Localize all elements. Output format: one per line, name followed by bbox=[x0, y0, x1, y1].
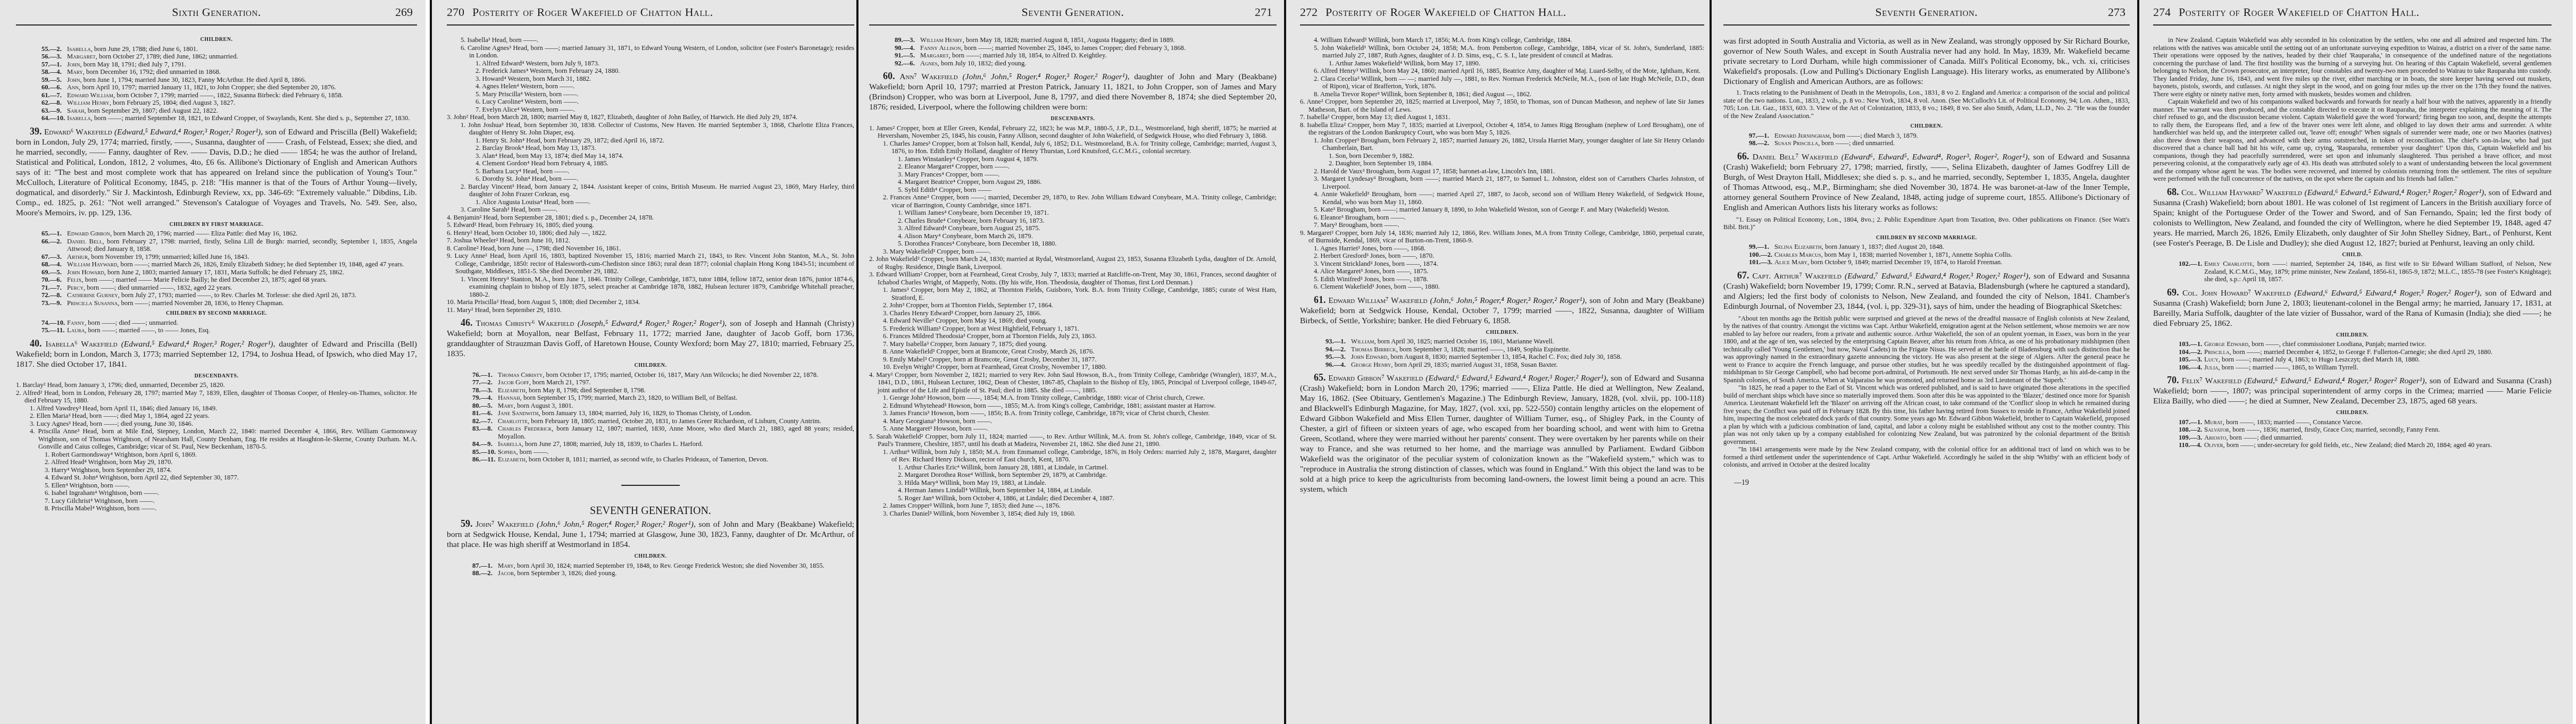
quotation: in New Zealand. Captain Wakefield was ab… bbox=[2153, 36, 2552, 183]
child-number: 85.—10. bbox=[472, 448, 498, 456]
entry-number: 39. bbox=[30, 126, 42, 137]
page-number: 270 bbox=[447, 5, 464, 19]
child-text: Percy, born ——; died unmarried ——, 1832,… bbox=[67, 284, 417, 292]
child-item: 91.—5.Margaret, born ——; married July 18… bbox=[869, 52, 1277, 60]
entry-name: Edward Gibbon⁷ Wakefield bbox=[1328, 374, 1423, 383]
child-name: Hannah bbox=[498, 394, 520, 401]
child-item: 56.—3.Margaret, born October 27, 1789; d… bbox=[16, 53, 417, 61]
child-text: Ariosto, born ——; died unmarried. bbox=[2204, 434, 2552, 442]
child-item: 108.—2.Salvator, born ——, 1836; married,… bbox=[2153, 426, 2552, 434]
page-gap bbox=[426, 0, 430, 724]
entry-name: Col. William Hayward⁷ Wakefield bbox=[2181, 188, 2302, 197]
signature-mark: —19 bbox=[1723, 479, 2130, 487]
child-number: 69.—5. bbox=[41, 268, 67, 276]
child-item: 62.—8.William Henry, born February 25, 1… bbox=[16, 99, 417, 107]
child-number: 76.—1. bbox=[472, 371, 498, 379]
descendant-item: 1. William James⁴ Conybeare, born Decemb… bbox=[869, 209, 1277, 217]
descendant-item: 8. Amelia Trevor Roper³ Willink, born Se… bbox=[1300, 90, 1704, 98]
descendant-item: 2. Daughter, born September 19, 1884. bbox=[1300, 159, 1704, 167]
child-item: 65.—1.Edward Gibbon, born March 20, 1796… bbox=[16, 230, 417, 238]
quote-paragraph: in New Zealand. Captain Wakefield was ab… bbox=[2153, 36, 2552, 98]
child-name: Mary bbox=[67, 68, 83, 75]
descendant-item: 4. Margaret Beatrice⁴ Cropper, born Augu… bbox=[869, 178, 1277, 186]
children-list: 103.—1.George Edward, born ——, chief com… bbox=[2153, 340, 2552, 371]
descendant-item: 9. Emily Mabel³ Cropper, born at Bramcot… bbox=[869, 356, 1277, 364]
child-text: Arthur, born November 19, 1799; unmarrie… bbox=[67, 253, 417, 261]
descendant-item: 1. Alice Augusta Louisa⁴ Head, born ——. bbox=[447, 198, 854, 206]
descendant-item: 2. Frances Anne³ Cropper, born ——; marri… bbox=[869, 193, 1277, 209]
child-number: 73.—9. bbox=[41, 299, 67, 307]
descendant-item: 3. Mary Frances⁴ Cropper, born ——. bbox=[869, 171, 1277, 179]
quote-paragraph: "In 1825, he read a paper to the Earl of… bbox=[1723, 384, 2130, 445]
child-item: 57.—1.John, born May 18, 1791; died July… bbox=[16, 61, 417, 69]
child-number: 67.—3. bbox=[41, 253, 67, 261]
children-list: 97.—1.Edward Jerningham, born ——; died M… bbox=[1723, 132, 2130, 147]
child-text: John Howard, born June 2, 1803; married … bbox=[67, 268, 417, 276]
child-text: Fanny, born ——; died ——; unmarried. bbox=[67, 319, 417, 327]
running-title: Posterity of Roger Wakefield of Chatton … bbox=[2179, 5, 2420, 19]
child-name: Mary bbox=[498, 402, 514, 409]
child-number: 93.—1. bbox=[1325, 338, 1351, 346]
descendant-item: 1. Son, born December 9, 1882. bbox=[1300, 152, 1704, 160]
child-name: Arthur bbox=[67, 253, 88, 260]
child-number: 86.—11. bbox=[472, 456, 498, 464]
child-name: George Henry bbox=[1351, 361, 1391, 368]
entry-lineage: (Edward,⁶ Edward,⁵ Edward,⁴ Roger,³ Roge… bbox=[2294, 289, 2480, 298]
child-text: William Hayward, born ——; married March … bbox=[67, 260, 417, 268]
descendant-item: 6. Dorothy St. John⁴ Head, born ——. bbox=[447, 175, 854, 183]
section-heading: CHILDREN. bbox=[2153, 332, 2552, 340]
child-number: 80.—5. bbox=[472, 402, 498, 410]
descendant-item: 3. Howard⁴ Western, born March 31, 1882. bbox=[447, 75, 854, 83]
child-number: 106.—4. bbox=[2179, 364, 2204, 372]
entry-name: Isabella⁶ Wakefield bbox=[46, 340, 118, 349]
child-text: Mary, born April 30, 1824; married Septe… bbox=[498, 562, 854, 570]
child-name: George Edward bbox=[2204, 340, 2248, 348]
descendant-item: 7. Lucy Gilchrist⁴ Wrightson, born ——. bbox=[16, 497, 417, 505]
section-heading: CHILDREN. bbox=[1723, 123, 2130, 131]
child-item: 81.—6.Jane Sandwith, born January 13, 18… bbox=[447, 409, 854, 417]
child-number: 84.—9. bbox=[472, 440, 498, 448]
entry-60: 60. Ann⁷ Wakefield (John,⁶ John,⁵ Roger,… bbox=[869, 71, 1277, 112]
child-name: Priscilla Susanna bbox=[67, 299, 118, 307]
descendant-item: 7. Mary Isabella³ Cropper, born January … bbox=[869, 340, 1277, 348]
descendant-item: 5. Sarah Wakefield² Cropper, born July 1… bbox=[869, 433, 1277, 448]
descendant-item: 6. Henry² Head, born October 10, 1806; d… bbox=[447, 229, 854, 237]
page-header: Sixth Generation. 269 bbox=[16, 0, 417, 28]
descendant-item: 2. Barclay Vincent³ Head, born January 2… bbox=[447, 183, 854, 198]
child-item: 70.—6.Felix, born ——; married —— Marie F… bbox=[16, 276, 417, 284]
child-number: 61.—7. bbox=[41, 91, 67, 99]
child-item: 88.—2.Jacob, born September 3, 1826; die… bbox=[447, 569, 854, 577]
child-number: 109.—3. bbox=[2179, 434, 2204, 442]
descendant-item: 2. Edmund Whytehead³ Howson, born ——, 18… bbox=[869, 402, 1277, 410]
entry-lineage: (Edward,⁷ Edward,⁵ Edward,⁴ Roger,³ Roge… bbox=[1845, 272, 2029, 281]
book-spread: Sixth Generation. 269 CHILDREN. 55.—2.Is… bbox=[0, 0, 2576, 724]
child-number: 64.—10. bbox=[41, 114, 67, 122]
descendant-item: 1. Charles James³ Cropper, born at Tolso… bbox=[869, 140, 1277, 155]
child-name: Selina Elizabeth bbox=[1774, 243, 1822, 250]
descendant-item: 2. Alfred Head⁴ Wrightson, born May 29, … bbox=[16, 458, 417, 466]
page-271: Seventh Generation. 271 89.—3.William He… bbox=[858, 0, 1284, 724]
children-list: 99.—1.Selina Elizabeth, born January 1, … bbox=[1723, 243, 2130, 266]
descendant-item: 1. Barclay² Head, born January 3, 1796; … bbox=[16, 381, 417, 389]
descendant-item: 4. Mary² Cropper, born November 2, 1821;… bbox=[869, 371, 1277, 394]
entry-67: 67. Capt. Arthur⁷ Wakefield (Edward,⁷ Ed… bbox=[1723, 271, 2130, 312]
child-name: Emily Charlotte bbox=[2204, 260, 2253, 267]
child-text: Salvator, born ——, 1836; married, firstl… bbox=[2204, 426, 2552, 434]
descendant-item: 1. Alfred Edward⁴ Western, born July 9, … bbox=[447, 60, 854, 68]
descendant-item: 6. Frances Mildred Theodosia³ Cropper, b… bbox=[869, 332, 1277, 340]
child-number: 77.—2. bbox=[472, 378, 498, 386]
child-text: Sarah, born September 29, 1807; died Aug… bbox=[67, 107, 417, 115]
descendant-item: 10. Maria Priscilla² Head, born August 5… bbox=[447, 298, 854, 306]
child-item: 98.—2.Susan Priscilla, born ——; died unm… bbox=[1723, 139, 2130, 147]
entry-40: 40. Isabella⁶ Wakefield (Edward,⁵ Edward… bbox=[16, 339, 417, 369]
child-name: William Henry bbox=[920, 36, 963, 44]
child-item: 73.—9.Priscilla Susanna, born ——; marrie… bbox=[16, 299, 417, 307]
child-item: 89.—3.William Henry, born May 18, 1828; … bbox=[869, 36, 1277, 44]
child-name: Felix bbox=[67, 276, 82, 283]
descendant-item: 3. Charles Henry Edward³ Cropper, born J… bbox=[869, 309, 1277, 317]
child-name: Lucy bbox=[2204, 356, 2219, 363]
page-body: in New Zealand. Captain Wakefield was ab… bbox=[2153, 36, 2552, 449]
children-list: 65.—1.Edward Gibbon, born March 20, 1796… bbox=[16, 230, 417, 307]
child-item: 71.—7.Percy, born ——; died unmarried ——,… bbox=[16, 284, 417, 292]
entry-59: 59. John⁷ Wakefield (John,⁶ John,⁵ Roger… bbox=[447, 519, 854, 550]
descendant-item: 3. Alfred Edward⁴ Conybeare, born August… bbox=[869, 224, 1277, 232]
entry-number: 61. bbox=[1314, 294, 1326, 305]
descendant-item: 4. Benjamin² Head, born September 28, 18… bbox=[447, 214, 854, 222]
child-text: John, born May 18, 1791; died July 7, 17… bbox=[67, 61, 417, 69]
entry-text: , son of Edward and Susanna (Crash) Wake… bbox=[1300, 374, 1704, 494]
entry-66: 66. Daniel Bell⁷ Wakefield (Edward⁶, Edw… bbox=[1723, 151, 2130, 213]
descendant-item: 1. James³ Cropper, born May 2, 1862, at … bbox=[869, 286, 1277, 301]
child-text: Ann, born April 10, 1797; married Januar… bbox=[67, 83, 417, 91]
entry-number: 40. bbox=[30, 338, 42, 349]
descendant-item: 1. John Cropper³ Brougham, born February… bbox=[1300, 137, 1704, 152]
entry-lineage: (John,⁶ John,⁵ Roger,⁴ Roger,³ Roger,² R… bbox=[1430, 296, 1585, 305]
child-text: Alice Mary, born October 9, 1849; marrie… bbox=[1774, 258, 2130, 266]
page-274: 274 Posterity of Roger Wakefield of Chat… bbox=[2139, 0, 2573, 724]
running-title: Seventh Generation. bbox=[1723, 5, 2130, 19]
entry-lineage: (Joseph,⁵ Edward,⁴ Roger,³ Roger,² Roger… bbox=[578, 319, 725, 328]
descendant-item: 1. Agnes Harriet³ Jones, born ——, 1868. bbox=[1300, 245, 1704, 252]
child-number: 110.—4. bbox=[2179, 441, 2204, 449]
descendant-item: 1. George John³ Howson, born ——, 1854; M… bbox=[869, 394, 1277, 402]
descendant-item: 1. James Winstanley⁴ Cropper, born Augus… bbox=[869, 155, 1277, 163]
descendant-item: 3. Edward William² Cropper, born at Fear… bbox=[869, 271, 1277, 286]
child-text: Susan Priscilla, born ——; died unmarried… bbox=[1774, 139, 2130, 147]
child-name: Isabella bbox=[67, 114, 91, 122]
page-270: 270 Posterity of Roger Wakefield of Chat… bbox=[432, 0, 856, 724]
header-rule bbox=[2153, 24, 2552, 26]
child-name: Isabella bbox=[67, 45, 91, 53]
child-text: Elizabeth, born May 8, 1798; died Septem… bbox=[498, 386, 854, 394]
descendant-item: 5. Sybil Edith⁴ Cropper, born —— bbox=[869, 186, 1277, 194]
entry-39: 39. Edward⁶ Wakefield (Edward,⁵ Edward,⁴… bbox=[16, 127, 417, 218]
child-item: 87.—1.Mary, born April 30, 1824; married… bbox=[447, 562, 854, 570]
child-item: 106.—4.Julia, born ——; married ——, 1865,… bbox=[2153, 364, 2552, 372]
child-name: William Henry bbox=[67, 99, 110, 106]
entry-lineage: (John,⁶ John,⁵ Roger,⁴ Roger,³ Roger,² R… bbox=[537, 520, 694, 529]
page-header: Seventh Generation. 271 bbox=[869, 0, 1277, 28]
header-rule bbox=[447, 24, 854, 26]
running-title: Posterity of Roger Wakefield of Chatton … bbox=[1325, 5, 1566, 19]
descendant-item: 5. Dorothea Frances⁴ Conybeare, born Dec… bbox=[869, 240, 1277, 248]
child-item: 83.—8.Charles Frederick, born January 12… bbox=[447, 425, 854, 440]
child-number: 95.—3. bbox=[1325, 353, 1351, 361]
child-item: 75.—11.Laura, born ——; married ——, to ——… bbox=[16, 326, 417, 334]
descendant-item: 3. Charles Daniel³ Willink, born Novembe… bbox=[869, 510, 1277, 518]
child-number: 94.—2. bbox=[1325, 346, 1351, 353]
child-item: 100.—2.Charles Marcus, born May 1, 1838;… bbox=[1723, 251, 2130, 259]
descendant-item: 2. John Wakefield² Cropper, born March 2… bbox=[869, 255, 1277, 271]
child-text: Agnes, born July 10, 1832; died young. bbox=[920, 60, 1277, 68]
child-number: 90.—4. bbox=[895, 44, 920, 52]
child-item: 86.—11.Elizabeth, born October 8, 1811; … bbox=[447, 456, 854, 464]
descendant-item: 1. Henry St. John⁴ Head, born February 2… bbox=[447, 137, 854, 145]
child-item: 63.—9.Sarah, born September 29, 1807; di… bbox=[16, 107, 417, 115]
descendants-list: 5. Isabella³ Head, born ——.6. Caroline A… bbox=[447, 36, 854, 314]
page-header: 270 Posterity of Roger Wakefield of Chat… bbox=[447, 0, 854, 28]
child-text: Edward Jerningham, born ——; died March 3… bbox=[1774, 132, 2130, 140]
children-list: 87.—1.Mary, born April 30, 1824; married… bbox=[447, 562, 854, 577]
child-item: 64.—10.Isabella, born ——; married Septem… bbox=[16, 114, 417, 122]
child-name: Sarah bbox=[67, 107, 85, 114]
child-number: 78.—3. bbox=[472, 386, 498, 394]
entry-number: 46. bbox=[461, 317, 473, 328]
child-text: Jacob, born September 3, 1826; died youn… bbox=[498, 569, 854, 577]
header-rule bbox=[1723, 24, 2130, 26]
descendant-item: 7. Isabella² Cropper, born May 13; died … bbox=[1300, 113, 1704, 121]
entry-lineage: (John,⁶ John,⁵ Roger,⁴ Roger,³ Roger,² R… bbox=[962, 72, 1127, 81]
entry-name: Thomas Christy⁶ Wakefield bbox=[476, 319, 574, 328]
descendant-item: 8. Caroline² Head, born June —, 1798; di… bbox=[447, 245, 854, 252]
page-header: 274 Posterity of Roger Wakefield of Chat… bbox=[2153, 0, 2552, 28]
child-text: Elizabeth, born October 8, 1811; married… bbox=[498, 456, 854, 464]
section-heading: DESCENDANTS. bbox=[869, 115, 1277, 123]
child-number: 92.—6. bbox=[895, 60, 920, 68]
quote-paragraph: Captain Wakefield and two of his compani… bbox=[2153, 98, 2552, 183]
child-name: Edward Jerningham bbox=[1774, 132, 1830, 139]
child-item: 95.—3.John Edward, born August 8, 1830; … bbox=[1300, 353, 1704, 361]
child-name: Isabella bbox=[498, 440, 522, 448]
quote-paragraph: "In 1841 arrangements were made by the N… bbox=[1723, 445, 2130, 469]
child-item: 68.—4.William Hayward, born ——; married … bbox=[16, 260, 417, 268]
children-list: 76.—1.Thomas Christy, born October 17, 1… bbox=[447, 371, 854, 464]
child-name: Percy bbox=[67, 284, 84, 291]
child-item: 85.—10.Sophia, born ——. bbox=[447, 448, 854, 456]
section-heading: CHILDREN. bbox=[447, 553, 854, 561]
entry-name: Edward⁶ Wakefield bbox=[44, 128, 112, 137]
child-number: 99.—1. bbox=[1749, 243, 1774, 251]
section-heading: CHILDREN BY FIRST MARRIAGE. bbox=[16, 221, 417, 229]
child-name: John Edward bbox=[1351, 353, 1387, 360]
child-number: 60.—6. bbox=[41, 83, 67, 91]
descendant-item: 8. Priscilla Mabel⁴ Wrightson, born ——. bbox=[16, 504, 417, 512]
child-number: 88.—2. bbox=[472, 569, 498, 577]
descendant-item: 4. Alice Margaret³ Jones, born ——, 1875. bbox=[1300, 267, 1704, 275]
child-name: William bbox=[1351, 338, 1374, 345]
child-name: Salvator bbox=[2204, 426, 2229, 433]
child-item: 79.—4.Hannah, born September 15, 1799; m… bbox=[447, 394, 854, 402]
entry-lineage: (Edward,⁶ Edward,⁵ Edward,⁴ Roger,³ Roge… bbox=[2304, 188, 2484, 197]
child-name: Ann bbox=[67, 83, 79, 91]
descendant-item: 3. Lucy Agnes³ Head, born ——; died young… bbox=[16, 420, 417, 428]
child-name: Agnes bbox=[920, 60, 938, 67]
descendant-item: 1. Alfred Vawdrey³ Head, born April 11, … bbox=[16, 405, 417, 412]
child-text: Thomas Birbeck, born September 3, 1828; … bbox=[1351, 346, 1704, 353]
children-list: 107.—1.Murat, born ——, 1833; married ——,… bbox=[2153, 418, 2552, 449]
descendant-item: 6. Alfred Henry³ Willink, born May 24, 1… bbox=[1300, 67, 1704, 75]
entry-number: 65. bbox=[1314, 372, 1326, 383]
descendant-item: 4. Edward St. John⁴ Wrightson, born Apri… bbox=[16, 474, 417, 482]
entry-61: 61. Edward William⁷ Wakefield (John,⁶ Jo… bbox=[1300, 295, 1704, 326]
page-number: 269 bbox=[395, 5, 413, 19]
child-name: Jacob Goff bbox=[498, 378, 529, 386]
entry-lineage: (Edward,⁶ Edward,⁵ Edward,⁴ Roger,³ Roge… bbox=[1425, 374, 1606, 383]
entry-lineage: (Edward⁶, Edward⁵, Edward⁴, Roger³, Roge… bbox=[1841, 153, 2028, 162]
child-name: Alice Mary bbox=[1774, 258, 1807, 266]
child-item: 101.—3.Alice Mary, born October 9, 1849;… bbox=[1723, 258, 2130, 266]
section-heading: CHILDREN BY SECOND MARRIAGE. bbox=[16, 310, 417, 318]
descendant-item: 1. Robert Garmondsway⁴ Wrightson, born A… bbox=[16, 451, 417, 459]
child-name: John Howard bbox=[67, 268, 104, 276]
descendant-item: 5. Kate³ Brougham, born ——; married Janu… bbox=[1300, 206, 1704, 214]
child-name: Fanny Allison bbox=[920, 44, 961, 52]
child-text: Isabella, born June 27, 1808; married, J… bbox=[498, 440, 854, 448]
child-number: 59.—5. bbox=[41, 76, 67, 84]
child-name: Margaret bbox=[920, 52, 949, 59]
child-item: 74.—10.Fanny, born ——; died ——; unmarrie… bbox=[16, 319, 417, 327]
child-text: Fanny Allison, born ——; married November… bbox=[920, 44, 1277, 52]
child-text: William Henry, born May 18, 1828; marrie… bbox=[920, 36, 1277, 44]
section-heading: CHILDREN BY SECOND MARRIAGE. bbox=[1723, 234, 2130, 242]
descendant-item: 6. Lucy Caroline⁴ Western, born ——. bbox=[447, 98, 854, 106]
section-heading: CHILDREN. bbox=[1300, 329, 1704, 337]
child-item: 96.—4.George Henry, born April 29, 1835;… bbox=[1300, 361, 1704, 369]
child-text: Emily Charlotte, born ——: married, Septe… bbox=[2204, 260, 2552, 283]
descendant-item: 6. Caroline Agnes³ Head, born ——; marrie… bbox=[447, 44, 854, 60]
child-number: 68.—4. bbox=[41, 260, 67, 268]
child-text: Margaret, born ——; married July 18, 1854… bbox=[920, 52, 1277, 60]
child-text: Hannah, born September 15, 1799; married… bbox=[498, 394, 854, 402]
child-item: 102.—1.Emily Charlotte, born ——: married… bbox=[2153, 260, 2552, 283]
page-header: Seventh Generation. 273 bbox=[1723, 0, 2130, 28]
children-list: 93.—1.William, born April 30, 1825; marr… bbox=[1300, 338, 1704, 368]
child-name: Thomas Christy bbox=[498, 371, 543, 378]
descendant-item: 4. William Edward³ Willink, born March 1… bbox=[1300, 36, 1704, 44]
child-text: Edward William, born October 7, 1799; ma… bbox=[67, 91, 417, 99]
page-body: CHILDREN. 55.—2.Isabella, born June 29, … bbox=[16, 36, 417, 512]
child-text: George Edward, born ——, chief commission… bbox=[2204, 340, 2552, 348]
child-name: Elizabeth bbox=[498, 456, 526, 463]
entry-name: Felix⁷ Wakefield bbox=[2182, 376, 2241, 385]
child-name: Sophia bbox=[498, 448, 516, 456]
child-name: Priscilla bbox=[2204, 348, 2230, 356]
child-number: 71.—7. bbox=[41, 284, 67, 292]
child-number: 55.—2. bbox=[41, 45, 67, 53]
child-text: William Henry, born February 25, 1804; d… bbox=[67, 99, 417, 107]
child-number: 57.—1. bbox=[41, 61, 67, 69]
descendant-item: 7. Joshua Wheeler² Head, born June 10, 1… bbox=[447, 237, 854, 245]
descendant-item: 2. Herbert Gresford³ Jones, born ——, 187… bbox=[1300, 252, 1704, 260]
page-number: 272 bbox=[1300, 5, 1318, 19]
children-list: 89.—3.William Henry, born May 18, 1828; … bbox=[869, 36, 1277, 67]
entry-number: 68. bbox=[2167, 187, 2179, 197]
child-item: 60.—6.Ann, born April 10, 1797; married … bbox=[16, 83, 417, 91]
running-title: Sixth Generation. bbox=[16, 5, 417, 19]
child-name: Edward Gibbon bbox=[67, 230, 110, 237]
section-heading: CHILD. bbox=[2153, 251, 2552, 259]
descendants-list: 1. Barclay² Head, born January 3, 1796; … bbox=[16, 381, 417, 512]
generation-heading: SEVENTH GENERATION. bbox=[447, 507, 854, 515]
child-number: 104.—2. bbox=[2179, 348, 2204, 356]
child-number: 100.—2. bbox=[1749, 251, 1774, 259]
child-item: 78.—3.Elizabeth, born May 8, 1798; died … bbox=[447, 386, 854, 394]
child-text: Daniel Bell, born February 27, 1798: mar… bbox=[67, 238, 417, 253]
child-number: 70.—6. bbox=[41, 276, 67, 284]
descendant-item: 8. Anne Wakefield³ Cropper, born at Bram… bbox=[869, 348, 1277, 356]
child-number: 72.—8. bbox=[41, 291, 67, 299]
child-name: Catherine Gurney bbox=[67, 291, 118, 299]
descendant-item: 7. Evelyn Alice⁴ Western, born ——. bbox=[447, 106, 854, 114]
child-text: Murat, born ——, 1833; married ——, Consta… bbox=[2204, 418, 2552, 426]
descendant-item: 4. Mary Georgiana³ Howson, born ——. bbox=[869, 417, 1277, 425]
child-item: 59.—5.John, born June 1, 1794; married J… bbox=[16, 76, 417, 84]
child-number: 108.—2. bbox=[2179, 426, 2204, 434]
child-item: 58.—4.Mary, born December 16, 1792; died… bbox=[16, 68, 417, 76]
continuation-paragraph: was first adopted in South Australia and… bbox=[1723, 36, 2130, 87]
child-text: John, born June 1, 1794; married June 30… bbox=[67, 76, 417, 84]
child-number: 81.—6. bbox=[472, 409, 498, 417]
children-list: 102.—1.Emily Charlotte, born ——: married… bbox=[2153, 260, 2552, 283]
child-text: Charles Frederick, born January 12, 1807… bbox=[498, 425, 854, 440]
page-number: 271 bbox=[1255, 5, 1272, 19]
page-272: 272 Posterity of Roger Wakefield of Chat… bbox=[1286, 0, 1710, 724]
child-name: Elizabeth bbox=[498, 386, 526, 394]
child-item: 105.—3.Lucy, born ——; married July 4, 18… bbox=[2153, 356, 2552, 364]
child-number: 79.—4. bbox=[472, 394, 498, 402]
child-text: Julia, born ——; married ——, 1865, to Wil… bbox=[2204, 364, 2552, 372]
child-number: 105.—3. bbox=[2179, 356, 2204, 364]
child-number: 58.—4. bbox=[41, 68, 67, 76]
child-text: Charlotte, born February 18, 1805; marri… bbox=[498, 417, 854, 425]
child-text: Thomas Christy, born October 17, 1795; m… bbox=[498, 371, 854, 379]
descendant-item: 11. Mary² Head, born September 29, 1810. bbox=[447, 306, 854, 314]
descendant-item: 1. Arthur³ Willink, born July 1, 1850; M… bbox=[869, 448, 1277, 464]
child-item: 82.—7.Charlotte, born February 18, 1805;… bbox=[447, 417, 854, 425]
child-text: Selina Elizabeth, born January 1, 1837; … bbox=[1774, 243, 2130, 251]
descendant-item: 2. Ellen Maria³ Head, born ——; died May … bbox=[16, 412, 417, 420]
descendant-item: 3. Vincent Strickland³ Jones, born ——, 1… bbox=[1300, 260, 1704, 268]
child-text: Felix, born ——; married —— Marie Felicie… bbox=[67, 276, 417, 284]
child-text: Jacob Goff, born March 21, 1797. bbox=[498, 378, 854, 386]
child-number: 96.—4. bbox=[1325, 361, 1351, 369]
descendant-item: 5. Barbara Lucy⁴ Head, born ——. bbox=[447, 167, 854, 175]
child-item: 61.—7.Edward William, born October 7, 17… bbox=[16, 91, 417, 99]
descendant-item: 9. Margaret² Cropper, born July 14, 1836… bbox=[1300, 229, 1704, 245]
page-269: Sixth Generation. 269 CHILDREN. 55.—2.Is… bbox=[0, 0, 426, 724]
child-number: 56.—3. bbox=[41, 53, 67, 61]
child-text: Jane Sandwith, born January 13, 1804; ma… bbox=[498, 409, 854, 417]
page-body: 4. William Edward³ Willink, born March 1… bbox=[1300, 36, 1704, 494]
child-number: 89.—3. bbox=[895, 36, 920, 44]
entry-46: 46. Thomas Christy⁶ Wakefield (Joseph,⁵ … bbox=[447, 318, 854, 359]
child-text: Lucy, born ——; married July 4, 1863; to … bbox=[2204, 356, 2552, 364]
descendant-item: 4. Clement Gordon⁴ Head born February 4,… bbox=[447, 159, 854, 167]
